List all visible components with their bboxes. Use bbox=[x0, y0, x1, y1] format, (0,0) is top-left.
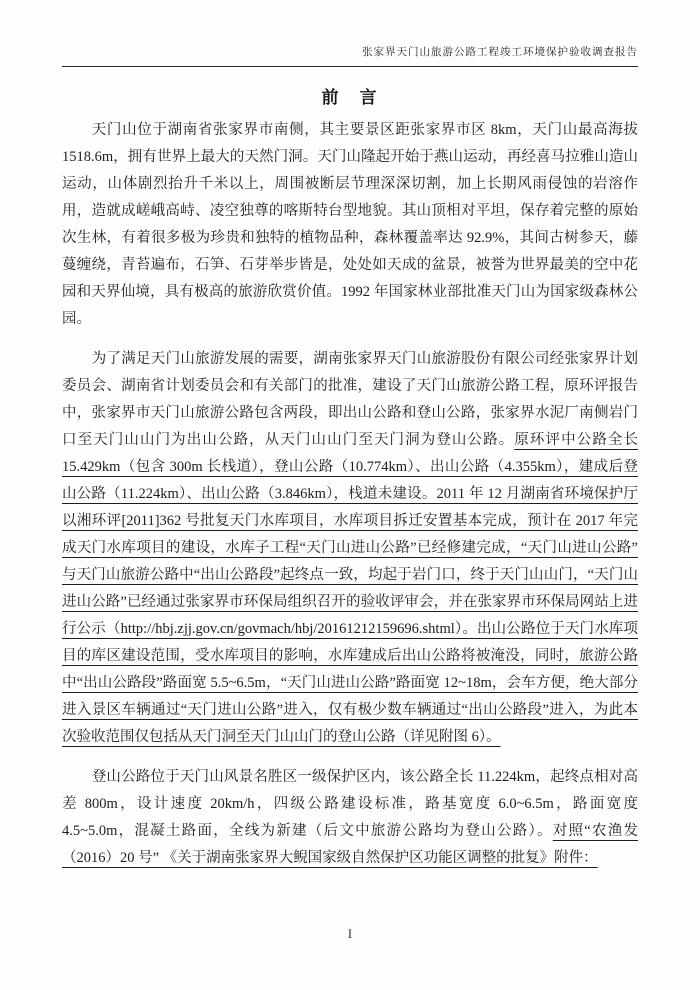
page-header-title: 张家界天门山旅游公路工程竣工环境保护验收调查报告 bbox=[62, 44, 638, 67]
text-segment: 登山公路位于天门山风景名胜区一级保护区内，该公路全长 11.224km，起终点相… bbox=[62, 769, 638, 839]
paragraph: 登山公路位于天门山风景名胜区一级保护区内，该公路全长 11.224km，起终点相… bbox=[62, 764, 638, 872]
underlined-text-segment: 原环评中公路全长 15.429km（包含 300m 长栈道），登山公路（10.7… bbox=[62, 432, 638, 637]
underlined-text-segment: （http://hbj.zjj.gov.cn/govmach/hbj/20161… bbox=[106, 621, 477, 637]
paragraph: 天门山位于湖南省张家界市南侧，其主要景区距张家界市区 8km，天门山最高海拔 1… bbox=[62, 117, 638, 333]
document-body: 天门山位于湖南省张家界市南侧，其主要景区距张家界市区 8km，天门山最高海拔 1… bbox=[62, 117, 638, 872]
text-segment: 天门山位于湖南省张家界市南侧，其主要景区距张家界市区 8km，天门山最高海拔 1… bbox=[62, 122, 638, 327]
document-page: 张家界天门山旅游公路工程竣工环境保护验收调查报告 前 言 天门山位于湖南省张家界… bbox=[0, 0, 700, 990]
page-number: I bbox=[0, 927, 700, 942]
underlined-text-segment: 出山公路位于天门水库项目的库区建设范围，受水库项目的影响，水库建成后出山公路将被… bbox=[62, 621, 638, 745]
paragraphs: 天门山位于湖南省张家界市南侧，其主要景区距张家界市区 8km，天门山最高海拔 1… bbox=[62, 117, 638, 872]
paragraph: 为了满足天门山旅游发展的需要，湖南张家界天门山旅游股份有限公司经张家界计划委员会… bbox=[62, 346, 638, 751]
page-title: 前 言 bbox=[62, 83, 638, 108]
